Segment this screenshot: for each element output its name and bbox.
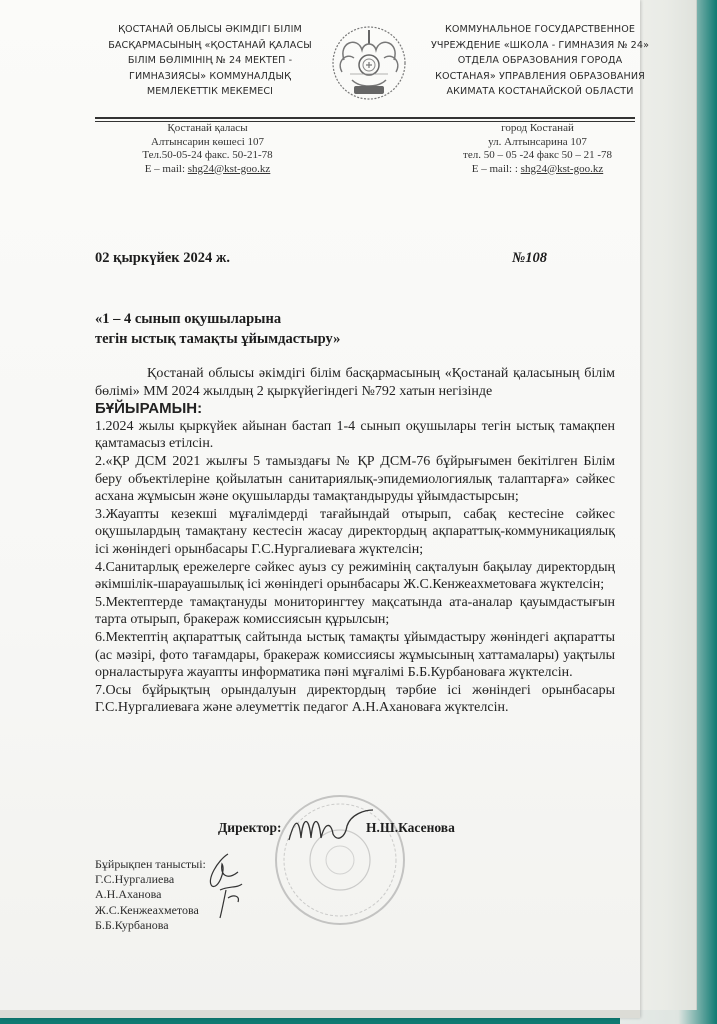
- header-line: БАСҚАРМАСЫНЫҢ «ҚОСТАНАЙ ҚАЛАСЫ: [80, 38, 340, 54]
- acknowledgement-label: Бұйрықпен таныстыі:: [95, 857, 206, 872]
- address-kazakh: Қостанай қаласы Алтынсарин көшесі 107 Те…: [100, 122, 315, 176]
- header-line: АКИМАТА КОСТАНАЙСКОЙ ОБЛАСТИ: [420, 84, 660, 100]
- order-item: 2.«ҚР ДСМ 2021 жылғы 5 тамыздағы № ҚР ДС…: [95, 453, 615, 506]
- document-page: ҚОСТАНАЙ ОБЛЫСЫ ӘКІМДІГІ БІЛІМ БАСҚАРМАС…: [0, 0, 640, 1018]
- header-divider: [95, 117, 635, 119]
- state-emblem-icon: [330, 22, 408, 104]
- order-date: 02 қыркүйек 2024 ж.: [95, 250, 230, 267]
- address-phone: Тел.50-05-24 факс. 50-21-78: [100, 149, 315, 163]
- address-email-row: E – mail: shg24@kst-goo.kz: [100, 163, 315, 177]
- director-name: Н.Ш.Касенова: [366, 820, 506, 836]
- order-item: 7.Осы бұйрықтың орындалуын директордың т…: [95, 682, 615, 717]
- order-body: Қостанай облысы әкімдігі білім басқармас…: [95, 365, 615, 717]
- order-item: 1.2024 жылы қыркүйек айынан бастап 1-4 с…: [95, 418, 615, 453]
- header-line: УЧРЕЖДЕНИЕ «ШКОЛА - ГИМНАЗИЯ № 24»: [420, 38, 660, 54]
- order-item: 5.Мектептерде тамақтануды мониторингтеу …: [95, 594, 615, 629]
- header-line: КОСТАНАЯ» УПРАВЛЕНИЯ ОБРАЗОВАНИЯ: [420, 69, 660, 85]
- address-city: Қостанай қаласы: [100, 122, 315, 136]
- header-line: ОТДЕЛА ОБРАЗОВАНИЯ ГОРОДА: [420, 53, 660, 69]
- order-title: «1 – 4 сынып оқушыларына тегін ыстық там…: [95, 309, 340, 349]
- director-signature-icon: [285, 808, 375, 848]
- acknowledgement-signature-icon: [198, 850, 246, 920]
- acknowledgement-block: Бұйрықпен таныстыі: Г.С.Нургалиева А.Н.А…: [95, 857, 206, 933]
- order-number: №108: [512, 250, 547, 267]
- address-street: ул. Алтынсарина 107: [430, 136, 645, 150]
- email-label: E – mail:: [145, 163, 188, 175]
- address-phone: тел. 50 – 05 -24 факс 50 – 21 -78: [430, 149, 645, 163]
- acknowledged-person: Г.С.Нургалиева: [95, 872, 206, 887]
- email-label: E – mail: :: [472, 163, 521, 175]
- address-street: Алтынсарин көшесі 107: [100, 136, 315, 150]
- title-line: «1 – 4 сынып оқушыларына: [95, 309, 340, 329]
- header-line: МЕМЛЕКЕТТІК МЕКЕМЕСІ: [80, 84, 340, 100]
- intro-paragraph: Қостанай облысы әкімдігі білім басқармас…: [95, 365, 615, 400]
- header-line: ГИМНАЗИЯСЫ» КОММУНАЛДЫҚ: [80, 69, 340, 85]
- acknowledged-person: Ж.С.Кенжеахметова: [95, 903, 206, 918]
- title-line: тегін ыстық тамақты ұйымдастыру»: [95, 329, 340, 349]
- header-kazakh: ҚОСТАНАЙ ОБЛЫСЫ ӘКІМДІГІ БІЛІМ БАСҚАРМАС…: [80, 22, 340, 100]
- order-item: 4.Санитарлық ережелерге сәйкес ауыз су р…: [95, 559, 615, 594]
- acknowledged-person: А.Н.Аханова: [95, 887, 206, 902]
- email-link[interactable]: shg24@kst-goo.kz: [521, 163, 604, 175]
- order-keyword: БҰЙЫРАМЫН:: [95, 400, 615, 418]
- header-line: КОММУНАЛЬНОЕ ГОСУДАРСТВЕННОЕ: [420, 22, 660, 38]
- page-bottom-edge: [0, 1010, 640, 1018]
- order-item: 3.Жауапты кезекші мұғалімдерді тағайында…: [95, 506, 615, 559]
- email-link[interactable]: shg24@kst-goo.kz: [188, 163, 271, 175]
- address-email-row: E – mail: : shg24@kst-goo.kz: [430, 163, 645, 177]
- header-line: БІЛІМ БӨЛІМІНІҢ № 24 МЕКТЕП -: [80, 53, 340, 69]
- address-russian: город Костанай ул. Алтынсарина 107 тел. …: [430, 122, 645, 176]
- header-russian: КОММУНАЛЬНОЕ ГОСУДАРСТВЕННОЕ УЧРЕЖДЕНИЕ …: [420, 22, 660, 100]
- order-item: 6.Мектептің ақпараттық сайтында ыстық та…: [95, 629, 615, 682]
- address-city: город Костанай: [430, 122, 645, 136]
- header-line: ҚОСТАНАЙ ОБЛЫСЫ ӘКІМДІГІ БІЛІМ: [80, 22, 340, 38]
- acknowledged-person: Б.Б.Курбанова: [95, 918, 206, 933]
